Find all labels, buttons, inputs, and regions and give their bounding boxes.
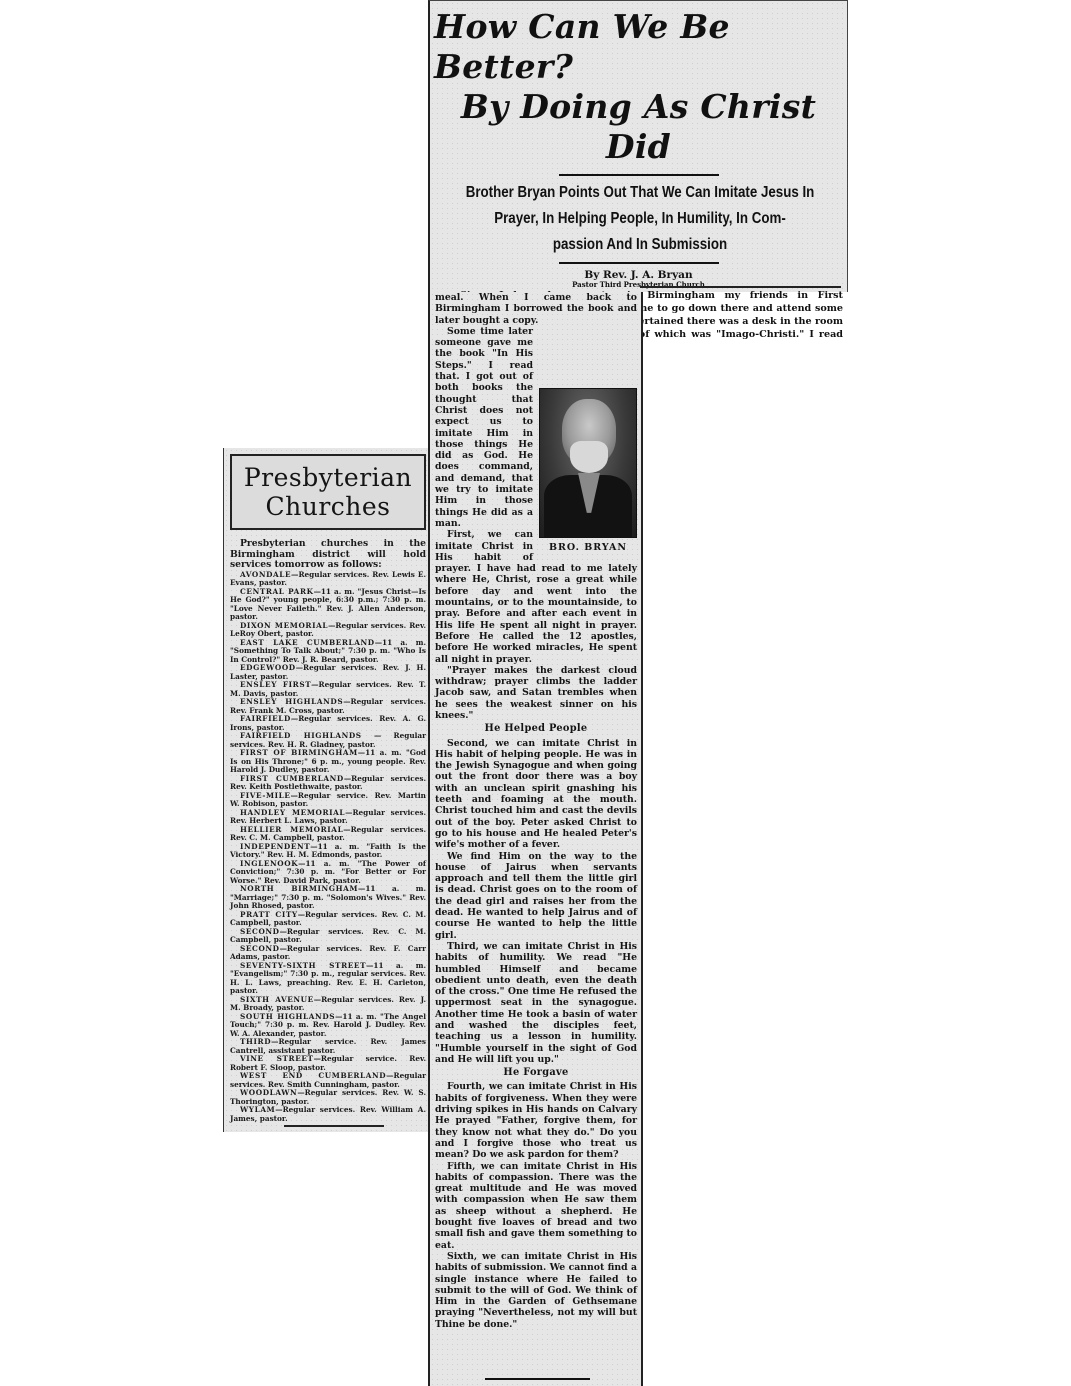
deck-line1: Brother Bryan Points Out That We Can Imi… bbox=[434, 180, 847, 206]
church-entry: EAST LAKE CUMBERLAND—11 a. m. "Something… bbox=[230, 639, 426, 665]
paragraph-9: Fifth, we can imitate Christ in His habi… bbox=[435, 1161, 637, 1251]
churches-listing: Presbyterian churches in the Birmingham … bbox=[224, 536, 430, 1123]
headline-line2: By Doing As Christ Did bbox=[430, 87, 847, 167]
church-entry: WEST END CUMBERLAND—Regular services. Re… bbox=[230, 1072, 426, 1089]
paragraph-8: Fourth, we can imitate Christ in His hab… bbox=[435, 1081, 637, 1160]
paragraph-1-continued: meal. When I came back to Birmingham I b… bbox=[435, 292, 637, 326]
churches-intro: Presbyterian churches in the Birmingham … bbox=[230, 539, 426, 571]
church-entry: NORTH BIRMINGHAM—11 a. m. "Marriage;" 7:… bbox=[230, 885, 426, 911]
church-entry: FIVE-MILE—Regular service. Rev. Martin W… bbox=[230, 792, 426, 809]
paragraph-10: Sixth, we can imitate Christ in His habi… bbox=[435, 1251, 637, 1330]
column-end-rule bbox=[284, 1125, 384, 1127]
church-entry: SECOND—Regular services. Rev. C. M. Camp… bbox=[230, 928, 426, 945]
church-entry: FAIRFIELD HIGHLANDS — Regular services. … bbox=[230, 732, 426, 749]
subhead-helped-people: He Helped People bbox=[435, 723, 637, 734]
paragraph-6: We find Him on the way to the house of J… bbox=[435, 851, 637, 941]
church-entry: ENSLEY HIGHLANDS—Regular services. Rev. … bbox=[230, 698, 426, 715]
church-entry: ENSLEY FIRST—Regular services. Rev. T. M… bbox=[230, 681, 426, 698]
church-entry: WOODLAWN—Regular services. Rev. W. S. Th… bbox=[230, 1089, 426, 1106]
deck-line2: Prayer, In Helping People, In Humility, … bbox=[434, 206, 847, 232]
photo-caption: BRO. BRYAN bbox=[539, 542, 637, 553]
paragraph-7: Third, we can imitate Christ in His habi… bbox=[435, 941, 637, 1065]
churches-title-box: Presbyterian Churches bbox=[230, 454, 426, 530]
church-entry: SIXTH AVENUE—Regular services. Rev. J. M… bbox=[230, 996, 426, 1013]
church-entry: AVONDALE—Regular services. Rev. Lewis E.… bbox=[230, 571, 426, 588]
church-entry: SOUTH HIGHLANDS—11 a. m. "The Angel Touc… bbox=[230, 1013, 426, 1039]
headline-line1: How Can We Be Better? bbox=[430, 7, 847, 87]
article-end-rule bbox=[485, 1378, 590, 1380]
church-entries-list: AVONDALE—Regular services. Rev. Lewis E.… bbox=[230, 571, 426, 1124]
church-entry: THIRD—Regular service. Rev. James Cantre… bbox=[230, 1038, 426, 1055]
church-entry: CENTRAL PARK—11 a. m. "Jesus Christ—Is H… bbox=[230, 588, 426, 622]
church-entry: WYLAM—Regular services. Rev. William A. … bbox=[230, 1106, 426, 1123]
deck-line3: passion And In Submission bbox=[434, 232, 847, 258]
church-entry: INDEPENDENT—11 a. m. "Faith Is the Victo… bbox=[230, 843, 426, 860]
portrait-photo: BRO. BRYAN bbox=[539, 388, 637, 553]
church-entry: INGLENOOK—11 a. m. "The Power of Convict… bbox=[230, 860, 426, 886]
church-entry: FIRST CUMBERLAND—Regular services. Rev. … bbox=[230, 775, 426, 792]
church-entry: PRATT CITY—Regular services. Rev. C. M. … bbox=[230, 911, 426, 928]
church-entry: DIXON MEMORIAL—Regular services. Rev. Le… bbox=[230, 622, 426, 639]
portrait-image bbox=[539, 388, 637, 538]
church-entry: SECOND—Regular services. Rev. F. Carr Ad… bbox=[230, 945, 426, 962]
paragraph-5: Second, we can imitate Christ in His hab… bbox=[435, 738, 637, 851]
article-header: How Can We Be Better? By Doing As Christ… bbox=[428, 0, 848, 292]
presbyterian-churches-clipping: Presbyterian Churches Presbyterian churc… bbox=[223, 448, 431, 1132]
header-bottom-rule bbox=[640, 286, 841, 288]
deck-rule bbox=[559, 262, 719, 264]
headline-rule bbox=[559, 174, 719, 176]
church-entry: FAIRFIELD—Regular services. Rev. A. G. I… bbox=[230, 715, 426, 732]
church-entry: EDGEWOOD—Regular services. Rev. J. H. La… bbox=[230, 664, 426, 681]
church-entry: SEVENTY-SIXTH STREET—11 a. m. "Evangelis… bbox=[230, 962, 426, 996]
church-entry: VINE STREET—Regular service. Rev. Robert… bbox=[230, 1055, 426, 1072]
churches-title-line1: Presbyterian bbox=[244, 463, 412, 492]
paragraph-4: "Prayer makes the darkest cloud withdraw… bbox=[435, 665, 637, 721]
article-body-column: meal. When I came back to Birmingham I b… bbox=[428, 292, 643, 1386]
church-entry: HANDLEY MEMORIAL—Regular services. Rev. … bbox=[230, 809, 426, 826]
churches-title-line2: Churches bbox=[265, 492, 390, 521]
church-entry: FIRST OF BIRMINGHAM—11 a. m. "God Is on … bbox=[230, 749, 426, 775]
church-entry: HELLIER MEMORIAL—Regular services. Rev. … bbox=[230, 826, 426, 843]
subhead-forgave: He Forgave bbox=[435, 1067, 637, 1078]
